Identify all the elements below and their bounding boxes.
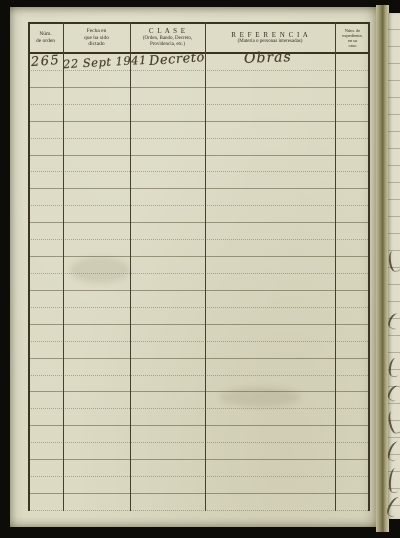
table-row bbox=[28, 426, 370, 443]
column-header-num-orden: Núm. de orden bbox=[28, 24, 63, 52]
column-header-fecha: Fecha en que ha sido dictado bbox=[63, 24, 130, 52]
header-line: Providencia, etc.) bbox=[150, 42, 185, 48]
table-row bbox=[28, 156, 370, 173]
column-divider bbox=[368, 22, 370, 511]
table-row bbox=[28, 71, 370, 88]
header-line: de orden bbox=[36, 38, 55, 45]
table-row bbox=[28, 342, 370, 359]
table-row bbox=[28, 308, 370, 325]
header-line: caso bbox=[349, 43, 357, 48]
table-row bbox=[28, 88, 370, 105]
table-row bbox=[28, 325, 370, 342]
table-row bbox=[28, 494, 370, 511]
table-row bbox=[28, 223, 370, 240]
column-header-clase: C L A S E (Orden, Bando, Decreto, Provid… bbox=[130, 24, 205, 52]
table-row bbox=[28, 443, 370, 460]
entry-referencia: Obras bbox=[244, 49, 292, 67]
table-row bbox=[28, 460, 370, 477]
table-row bbox=[28, 477, 370, 494]
scanned-ledger-sheet: Núm. de orden Fecha en que ha sido dicta… bbox=[0, 0, 400, 538]
next-page-edge bbox=[388, 13, 400, 519]
table-header-row: Núm. de orden Fecha en que ha sido dicta… bbox=[28, 22, 370, 54]
table-row bbox=[28, 122, 370, 139]
register-table: Núm. de orden Fecha en que ha sido dicta… bbox=[28, 22, 370, 511]
next-page-handwriting-mark bbox=[386, 384, 400, 403]
table-row bbox=[28, 376, 370, 393]
header-line: que ha sido bbox=[84, 35, 109, 42]
ledger-page: Núm. de orden Fecha en que ha sido dicta… bbox=[10, 7, 378, 527]
next-page-handwriting-mark bbox=[386, 440, 400, 462]
header-line: Fecha en bbox=[87, 28, 107, 35]
table-row bbox=[28, 409, 370, 426]
next-page-handwriting-mark bbox=[386, 410, 400, 435]
header-line: Núm. bbox=[39, 31, 51, 38]
header-line: (Materia o personas interesadas) bbox=[238, 39, 303, 45]
column-divider bbox=[335, 22, 336, 511]
header-line: dictado bbox=[88, 41, 104, 48]
table-row bbox=[28, 392, 370, 409]
next-page-handwriting-mark bbox=[386, 312, 400, 331]
next-page-handwriting-mark bbox=[387, 250, 400, 272]
table-row bbox=[28, 105, 370, 122]
table-row bbox=[28, 274, 370, 291]
column-divider bbox=[130, 22, 131, 511]
column-divider bbox=[205, 22, 206, 511]
column-header-referencia: R E F E R E N C I A (Materia o personas … bbox=[205, 24, 335, 52]
next-page-handwriting-mark bbox=[388, 468, 400, 494]
table-row bbox=[28, 189, 370, 206]
table-row bbox=[28, 139, 370, 156]
table-row bbox=[28, 172, 370, 189]
header-line: R E F E R E N C I A bbox=[231, 31, 309, 40]
table-row bbox=[28, 359, 370, 376]
table-row bbox=[28, 291, 370, 308]
table-rows bbox=[28, 54, 370, 511]
column-divider bbox=[28, 22, 30, 511]
table-row bbox=[28, 257, 370, 274]
header-line: C L A S E bbox=[149, 27, 186, 36]
next-page-handwriting-mark bbox=[388, 357, 400, 377]
column-header-num-expediente: Núm. de expediente, en su caso bbox=[335, 24, 370, 52]
entry-num-orden: 265 bbox=[31, 53, 61, 70]
table-row bbox=[28, 206, 370, 223]
table-row bbox=[28, 240, 370, 257]
column-divider bbox=[63, 22, 64, 511]
